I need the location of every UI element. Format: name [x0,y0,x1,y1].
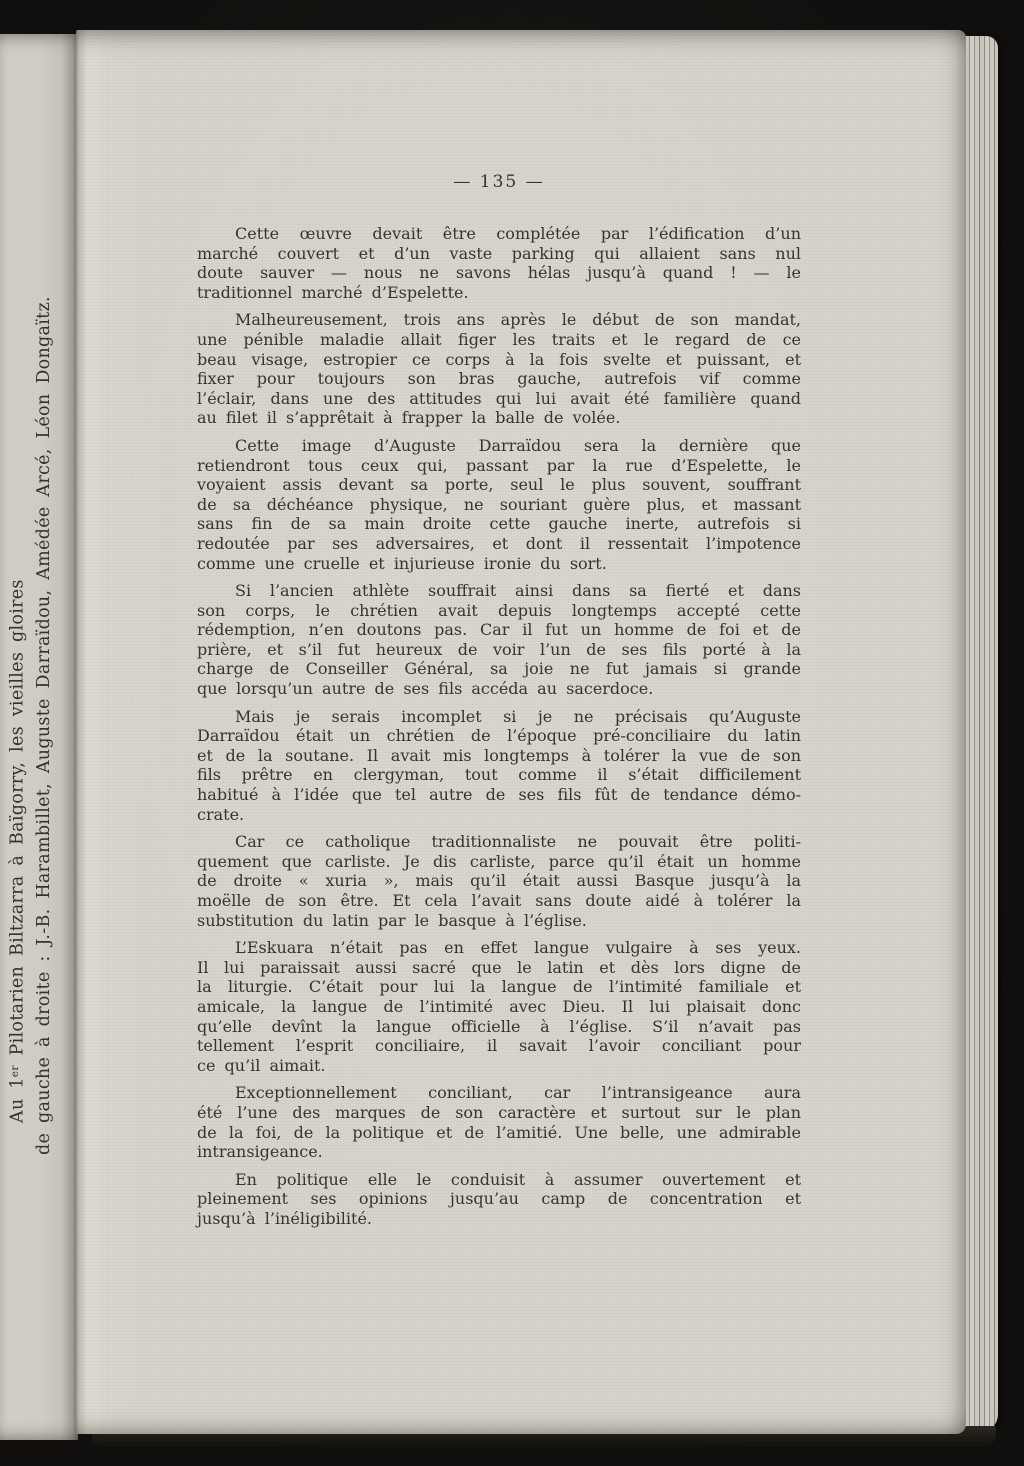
text-line: prière, et s’il fut heureux de voir l’un… [197,640,801,660]
margin-caption: Au 1er Pilotarien Biltzarra à Baïgorry, … [2,375,58,1155]
text-line: Cette image d’Auguste Darraïdou sera la … [197,436,801,456]
text-line: que lorsqu’un autre de ses fils accéda a… [197,679,801,699]
margin-caption-line-1: Au 1er Pilotarien Biltzarra à Baïgorry, … [2,375,31,1155]
text-line: marché couvert et d’un vaste parking qui… [197,244,801,264]
text-line: substitution du latin par le basque à l’… [197,911,801,931]
text-line: comme une cruelle et injurieuse ironie d… [197,554,801,574]
text-line: sans fin de sa main droite cette gauche … [197,514,801,534]
text-line: beau visage, estropier ce corps à la foi… [197,350,801,370]
paragraph: L’Eskuara n’était pas en effet langue vu… [197,938,801,1075]
text-line: Malheureusement, trois ans après le débu… [197,310,801,330]
text-line: L’Eskuara n’était pas en effet langue vu… [197,938,801,958]
body-text: Cette œuvre devait être complétée par l’… [197,224,801,1229]
text-line: de sa déchéance physique, ne souriant gu… [197,495,801,515]
text-line: intransigeance. [197,1142,801,1162]
text-line: et de la soutane. Il avait mis longtemps… [197,746,801,766]
margin-caption-rotated-block: Au 1er Pilotarien Biltzarra à Baïgorry, … [2,375,57,1155]
text-line: de droite « xuria », mais qu’il était au… [197,871,801,891]
text-line: Darraïdou était un chrétien de l’époque … [197,726,801,746]
text-line: fixer pour toujours son bras gauche, aut… [197,369,801,389]
text-line: habitué à l’idée que tel autre de ses fi… [197,785,801,805]
text-line: la liturgie. C’était pour lui la langue … [197,977,801,997]
text-line: rédemption, n’en doutons pas. Car il fut… [197,620,801,640]
text-line: redoutée par ses adversaires, et dont il… [197,534,801,554]
text-line: été l’une des marques de son caractère e… [197,1103,801,1123]
book-scan: — 135 — Cette œuvre devait être complété… [0,0,1024,1466]
paragraph: En politique elle le conduisit à assumer… [197,1170,801,1229]
ordinal-superscript: er [9,1065,21,1077]
text-line: de la foi, de la politique et de l’amiti… [197,1123,801,1143]
text-line: son corps, le chrétien avait depuis long… [197,601,801,621]
margin-caption-line-1-text: Au 1 [8,1077,28,1123]
text-line: moëlle de son être. Et cela l’avait sans… [197,891,801,911]
text-line: ce qu’il aimait. [197,1056,801,1076]
text-line: voyaient assis devant sa porte, seul le … [197,475,801,495]
text-line: crate. [197,805,801,825]
paragraph: Malheureusement, trois ans après le débu… [197,310,801,428]
text-line: traditionnel marché d’Espelette. [197,283,801,303]
text-line: doute sauver — nous ne savons hélas jusq… [197,263,801,283]
text-line: l’éclair, dans une des attitudes qui lui… [197,389,801,409]
text-line: au filet il s’apprêtait à frapper la bal… [197,408,801,428]
text-line: En politique elle le conduisit à assumer… [197,1170,801,1190]
text-line: qu’elle devînt la langue officielle à l’… [197,1017,801,1037]
text-line: tellement l’esprit conciliaire, il savai… [197,1036,801,1056]
paragraph: Car ce catholique traditionnaliste ne po… [197,832,801,930]
text-line: pleinement ses opinions jusqu’au camp de… [197,1189,801,1209]
text-line: Car ce catholique traditionnaliste ne po… [197,832,801,852]
text-line: Il lui paraissait aussi sacré que le lat… [197,958,801,978]
text-line: retiendront tous ceux qui, passant par l… [197,456,801,476]
text-line: Mais je serais incomplet si je ne précis… [197,707,801,727]
paragraph: Exceptionnellement conciliant, car l’int… [197,1083,801,1161]
paragraph: Si l’ancien athlète souffrait ainsi dans… [197,581,801,699]
margin-caption-line-2: de gauche à droite : J.-B. Harambillet, … [31,375,57,1155]
text-line: amicale, la langue de l’intimité avec Di… [197,997,801,1017]
text-line: fils prêtre en clergyman, tout comme il … [197,765,801,785]
text-line: Exceptionnellement conciliant, car l’int… [197,1083,801,1103]
text-line: charge de Conseiller Général, sa joie ne… [197,659,801,679]
paragraph: Mais je serais incomplet si je ne précis… [197,707,801,825]
page-content: — 135 — Cette œuvre devait être complété… [197,172,801,1237]
text-line: Cette œuvre devait être complétée par l’… [197,224,801,244]
margin-caption-line-1-rest: Pilotarien Biltzarra à Baïgorry, les vie… [8,579,28,1065]
page-number: — 135 — [197,172,801,192]
book-page: — 135 — Cette œuvre devait être complété… [76,30,966,1434]
text-line: Si l’ancien athlète souffrait ainsi dans… [197,581,801,601]
text-line: quement que carliste. Je dis carliste, p… [197,852,801,872]
paragraph: Cette image d’Auguste Darraïdou sera la … [197,436,801,573]
text-line: une pénible maladie allait figer les tra… [197,330,801,350]
paragraph: Cette œuvre devait être complétée par l’… [197,224,801,302]
text-line: jusqu’à l’inéligibilité. [197,1209,801,1229]
